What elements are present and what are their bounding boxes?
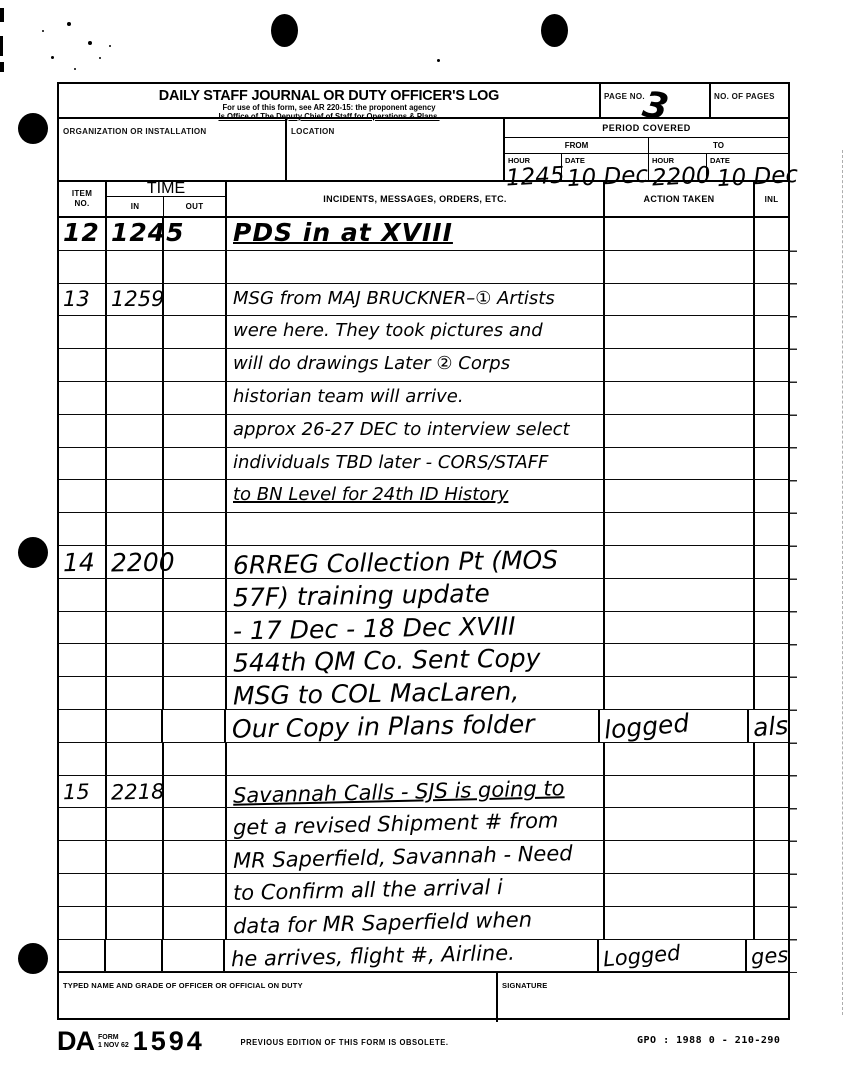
handwritten-text: MSG from MAJ BRUCKNER–① Artists <box>233 284 555 314</box>
handwritten-text: 6RREG Collection Pt (MOS <box>233 543 559 583</box>
cell-item <box>59 940 106 972</box>
cell-text: PDS in at XVIII <box>227 218 605 250</box>
cell-out <box>164 284 227 316</box>
cell-text: - 17 Dec - 18 Dec XVIII <box>227 612 605 644</box>
cell-text: MSG from MAJ BRUCKNER–① Artists <box>227 284 605 316</box>
form-edition: FORM 1 NOV 62 <box>98 1034 129 1050</box>
cell-inl <box>755 808 788 840</box>
cell-in <box>107 841 164 873</box>
cell-inl <box>755 316 788 348</box>
cell-action <box>605 776 755 808</box>
cell-out <box>164 251 227 283</box>
cell-in <box>106 940 162 972</box>
cell-in <box>107 480 164 512</box>
cell-out <box>164 415 227 447</box>
signature-label: SIGNATURE <box>502 981 547 990</box>
cell-text: to BN Level for 24th ID History <box>227 480 605 512</box>
cell-inl <box>755 612 788 644</box>
handwritten-item: 12 <box>63 218 100 248</box>
cell-action <box>605 316 755 348</box>
handwritten-item: 14 <box>63 546 95 581</box>
table-row: he arrives, flight #, Airline.Loggedges <box>59 940 788 973</box>
title-cell: DAILY STAFF JOURNAL OR DUTY OFFICER'S LO… <box>59 84 601 117</box>
hole-punch <box>271 14 298 47</box>
time-header: TIME IN OUT <box>107 182 227 216</box>
cell-in <box>107 710 164 742</box>
cell-text: get a revised Shipment # from <box>227 808 605 840</box>
to-label: TO <box>649 138 788 153</box>
handwritten-inl: als <box>752 709 790 745</box>
cell-inl: ges <box>747 940 788 972</box>
cell-action <box>605 513 755 545</box>
handwritten-text: to Confirm all the arrival i <box>233 871 504 909</box>
from-to-row: FROM TO <box>505 138 788 154</box>
cell-item <box>59 382 107 414</box>
cell-inl <box>755 513 788 545</box>
cell-inl <box>755 218 788 250</box>
table-row: MR Saperfield, Savannah - Need <box>59 841 788 874</box>
cell-text <box>227 743 605 775</box>
location-label: LOCATION <box>291 127 335 136</box>
form-number: 1594 <box>133 1028 205 1054</box>
cell-item <box>59 644 107 676</box>
scan-edge-mark <box>0 36 3 56</box>
from-label: FROM <box>505 138 649 153</box>
handwritten-text: were here. They took pictures and <box>233 316 543 346</box>
cell-out <box>164 382 227 414</box>
from-hour-value: 1245 <box>505 162 565 191</box>
cell-inl <box>755 546 788 578</box>
table-row: will do drawings Later ② Corps <box>59 349 788 382</box>
table-row: historian team will arrive. <box>59 382 788 415</box>
cell-item <box>59 415 107 447</box>
cell-inl <box>755 677 788 709</box>
cell-out <box>164 218 227 250</box>
cell-text: Savannah Calls - SJS is going to <box>227 776 605 808</box>
table-row: get a revised Shipment # from <box>59 808 788 841</box>
cell-in <box>107 644 164 676</box>
cell-inl <box>755 841 788 873</box>
scan-edge-mark <box>0 62 4 72</box>
table-row: 121245PDS in at XVIII <box>59 218 788 251</box>
cell-inl <box>755 907 788 939</box>
organization-cell: ORGANIZATION OR INSTALLATION <box>59 119 287 180</box>
gpo-print-code: GPO : 1988 0 - 210-290 <box>637 1035 780 1046</box>
scan-speck <box>74 68 76 70</box>
cell-out <box>164 743 227 775</box>
cell-item <box>59 841 107 873</box>
scan-page-edge <box>842 150 843 1015</box>
cell-item <box>59 612 107 644</box>
no-of-pages-label: NO. OF PAGES <box>714 92 775 101</box>
cell-in <box>107 415 164 447</box>
cell-action <box>605 677 755 709</box>
no-of-pages-cell: NO. OF PAGES <box>711 84 788 117</box>
cell-item <box>59 316 107 348</box>
signature-block: TYPED NAME AND GRADE OF OFFICER OR OFFIC… <box>59 972 788 1022</box>
table-row: 544th QM Co. Sent Copy <box>59 644 788 677</box>
hole-punch <box>541 14 568 47</box>
scan-speck <box>437 59 440 62</box>
to-date-value: 10 Dec <box>716 162 798 192</box>
cell-out <box>164 349 227 381</box>
scan-speck <box>99 57 101 59</box>
handwritten-text: Our Copy in Plans folder <box>231 707 534 746</box>
handwritten-item: 13 <box>63 284 90 314</box>
cell-inl <box>755 579 788 611</box>
cell-in <box>107 579 164 611</box>
table-row: approx 26-27 DEC to interview select <box>59 415 788 448</box>
cell-inl <box>755 776 788 808</box>
scan-speck <box>42 30 44 32</box>
cell-item <box>59 677 107 709</box>
scan-speck <box>51 56 54 59</box>
cell-text: MR Saperfield, Savannah - Need <box>227 841 605 873</box>
item-no-header: ITEM NO. <box>59 182 107 216</box>
form-title: DAILY STAFF JOURNAL OR DUTY OFFICER'S LO… <box>70 87 588 104</box>
handwritten-action: Logged <box>601 936 681 975</box>
scan-speck <box>88 41 92 45</box>
cell-item <box>59 743 107 775</box>
cell-item: 12 <box>59 218 107 250</box>
cell-out <box>164 513 227 545</box>
da-form-number-block: DA FORM 1 NOV 62 1594 <box>57 1028 205 1054</box>
table-row: 152218Savannah Calls - SJS is going to <box>59 776 788 809</box>
cell-inl: als <box>749 710 788 742</box>
scanned-document: DAILY STAFF JOURNAL OR DUTY OFFICER'S LO… <box>0 0 848 1088</box>
cell-text: he arrives, flight #, Airline. <box>225 940 598 972</box>
cell-text <box>227 513 605 545</box>
cell-inl <box>755 415 788 447</box>
cell-action <box>605 546 755 578</box>
cell-in <box>107 743 164 775</box>
cell-action <box>605 448 755 480</box>
cell-action: logged <box>600 710 749 742</box>
cell-item <box>59 579 107 611</box>
cell-action <box>605 251 755 283</box>
cell-action: Logged <box>599 940 747 972</box>
scan-speck <box>109 45 111 47</box>
cell-in: 1259 <box>107 284 164 316</box>
cell-action <box>605 579 755 611</box>
handwritten-text: MR Saperfield, Savannah - Need <box>233 837 573 877</box>
table-row: - 17 Dec - 18 Dec XVIII <box>59 612 788 645</box>
cell-out <box>164 644 227 676</box>
from-date-value: 10 Dec <box>566 162 648 192</box>
handwritten-text: approx 26-27 DEC to interview select <box>233 415 570 445</box>
handwritten-text: PDS in at XVIII <box>233 218 453 248</box>
table-row: to BN Level for 24th ID History <box>59 480 788 513</box>
cell-out <box>164 874 227 906</box>
table-row <box>59 513 788 546</box>
cell-action <box>605 480 755 512</box>
cell-action <box>605 415 755 447</box>
organization-label: ORGANIZATION OR INSTALLATION <box>63 127 207 136</box>
cell-item: 13 <box>59 284 107 316</box>
cell-out <box>164 841 227 873</box>
time-label: TIME <box>107 182 225 197</box>
cell-in: 2200 <box>107 546 164 578</box>
cell-inl <box>755 448 788 480</box>
da-form-1594: DAILY STAFF JOURNAL OR DUTY OFFICER'S LO… <box>57 82 790 1020</box>
table-row: 131259MSG from MAJ BRUCKNER–① Artists <box>59 284 788 317</box>
cell-out <box>164 546 227 578</box>
handwritten-inl: ges <box>750 938 789 973</box>
cell-in <box>107 612 164 644</box>
location-cell: LOCATION <box>287 119 505 180</box>
handwritten-text: 57F) training update <box>233 577 490 615</box>
cell-text: were here. They took pictures and <box>227 316 605 348</box>
handwritten-text: to BN Level for 24th ID History <box>233 480 508 510</box>
cell-out <box>163 940 225 972</box>
cell-text: 6RREG Collection Pt (MOS <box>227 546 605 578</box>
cell-item <box>59 710 107 742</box>
cell-action <box>605 612 755 644</box>
cell-item <box>59 448 107 480</box>
cell-action <box>605 907 755 939</box>
hole-punch <box>18 943 48 974</box>
cell-item: 14 <box>59 546 107 578</box>
cell-action <box>605 349 755 381</box>
table-row <box>59 251 788 284</box>
cell-inl <box>755 644 788 676</box>
cell-text: will do drawings Later ② Corps <box>227 349 605 381</box>
cell-text: MSG to COL MacLaren, <box>227 677 605 709</box>
cell-out <box>164 316 227 348</box>
cell-text: individuals TBD later - CORS/STAFF <box>227 448 605 480</box>
cell-in <box>107 349 164 381</box>
page-no-cell: PAGE NO. 3 <box>601 84 711 117</box>
cell-text: data for MR Saperfield when <box>227 907 605 939</box>
cell-out <box>164 776 227 808</box>
cell-item <box>59 874 107 906</box>
table-row: individuals TBD later - CORS/STAFF <box>59 448 788 481</box>
cell-in: 2218 <box>107 776 164 808</box>
cell-item <box>59 349 107 381</box>
cell-out <box>164 480 227 512</box>
cell-inl <box>755 382 788 414</box>
cell-item <box>59 907 107 939</box>
cell-action <box>605 284 755 316</box>
cell-text <box>227 251 605 283</box>
cell-text: 57F) training update <box>227 579 605 611</box>
cell-action <box>605 874 755 906</box>
cell-text: Our Copy in Plans folder <box>226 710 600 742</box>
cell-inl <box>755 743 788 775</box>
cell-in <box>107 316 164 348</box>
time-in-label: IN <box>107 197 164 216</box>
da-label: DA <box>57 1028 94 1054</box>
table-body: 121245PDS in at XVIII131259MSG from MAJ … <box>59 218 788 972</box>
cell-in <box>107 251 164 283</box>
table-row: to Confirm all the arrival i <box>59 874 788 907</box>
handwritten-in: 1259 <box>111 284 164 314</box>
cell-item <box>59 513 107 545</box>
cell-action <box>605 218 755 250</box>
cell-in <box>107 907 164 939</box>
table-row: MSG to COL MacLaren, <box>59 677 788 710</box>
handwritten-text: data for MR Saperfield when <box>233 903 533 942</box>
cell-out <box>164 612 227 644</box>
row-line-ticks <box>789 219 797 973</box>
table-row: 1422006RREG Collection Pt (MOS <box>59 546 788 579</box>
cell-out <box>163 710 225 742</box>
signature-cell: SIGNATURE <box>498 973 788 1022</box>
cell-in <box>107 382 164 414</box>
form-header-row2: ORGANIZATION OR INSTALLATION LOCATION PE… <box>59 119 788 182</box>
scan-speck <box>67 22 71 26</box>
cell-text: historian team will arrive. <box>227 382 605 414</box>
cell-inl <box>755 251 788 283</box>
cell-action <box>605 808 755 840</box>
page-no-label: PAGE NO. <box>604 92 645 101</box>
cell-text: to Confirm all the arrival i <box>227 874 605 906</box>
cell-item <box>59 808 107 840</box>
typed-name-cell: TYPED NAME AND GRADE OF OFFICER OR OFFIC… <box>59 973 498 1022</box>
cell-out <box>164 677 227 709</box>
cell-out <box>164 808 227 840</box>
time-out-label: OUT <box>164 197 225 216</box>
cell-in: 1245 <box>107 218 164 250</box>
cell-text: 544th QM Co. Sent Copy <box>227 644 605 676</box>
cell-out <box>164 907 227 939</box>
cell-out <box>164 448 227 480</box>
cell-inl <box>755 349 788 381</box>
cell-in <box>107 448 164 480</box>
cell-item <box>59 480 107 512</box>
cell-inl <box>755 284 788 316</box>
form-header: DAILY STAFF JOURNAL OR DUTY OFFICER'S LO… <box>59 84 788 119</box>
table-row: data for MR Saperfield when <box>59 907 788 940</box>
cell-item: 15 <box>59 776 107 808</box>
cell-in <box>107 677 164 709</box>
scan-edge-mark <box>0 8 4 22</box>
cell-inl <box>755 480 788 512</box>
cell-action <box>605 743 755 775</box>
cell-action <box>605 841 755 873</box>
handwritten-item: 15 <box>63 775 90 808</box>
hole-punch <box>18 113 48 144</box>
handwritten-text: individuals TBD later - CORS/STAFF <box>233 448 548 478</box>
typed-name-label: TYPED NAME AND GRADE OF OFFICER OR OFFIC… <box>63 981 303 990</box>
cell-item <box>59 251 107 283</box>
period-covered-block: PERIOD COVERED FROM TO HOUR DATE HOUR DA… <box>505 119 788 180</box>
cell-text: approx 26-27 DEC to interview select <box>227 415 605 447</box>
handwritten-in: 2218 <box>111 775 165 808</box>
cell-action <box>605 644 755 676</box>
cell-action <box>605 382 755 414</box>
to-hour-value: 2200 <box>651 162 711 191</box>
table-row: Our Copy in Plans folderloggedals <box>59 710 788 743</box>
cell-in <box>107 808 164 840</box>
handwritten-text: historian team will arrive. <box>233 382 464 412</box>
table-row <box>59 743 788 776</box>
obsolete-notice: PREVIOUS EDITION OF THIS FORM IS OBSOLET… <box>240 1038 448 1047</box>
hole-punch <box>18 537 48 568</box>
handwritten-action: logged <box>603 706 691 747</box>
form-footer: DA FORM 1 NOV 62 1594 PREVIOUS EDITION O… <box>57 1028 797 1068</box>
handwritten-text: will do drawings Later ② Corps <box>233 349 510 379</box>
table-row: were here. They took pictures and <box>59 316 788 349</box>
cell-in <box>107 874 164 906</box>
handwritten-text: he arrives, flight #, Airline. <box>231 936 515 974</box>
cell-inl <box>755 874 788 906</box>
cell-out <box>164 579 227 611</box>
table-row: 57F) training update <box>59 579 788 612</box>
cell-in <box>107 513 164 545</box>
